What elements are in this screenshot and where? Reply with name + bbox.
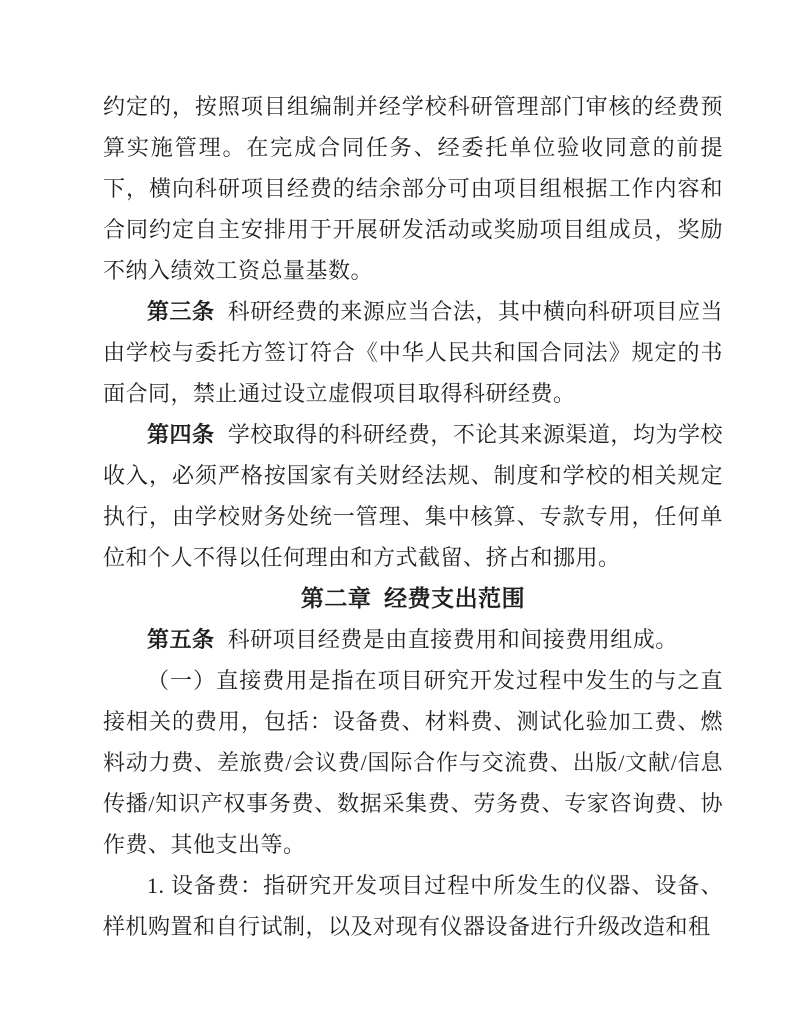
chapter-heading: 第二章经费支出范围 (103, 578, 723, 619)
article-label: 第四条 (147, 422, 215, 447)
article-label: 第五条 (147, 627, 215, 652)
paragraph-text: 约定的，按照项目组编制并经学校科研管理部门审核的经费预算实施管理。在完成合同任务… (103, 94, 723, 283)
document-page: 约定的，按照项目组编制并经学校科研管理部门审核的经费预算实施管理。在完成合同任务… (0, 0, 799, 1035)
paragraph-article-4: 第四条学校取得的科研经费，不论其来源渠道，均为学校收入，必须严格按国家有关财经法… (103, 414, 723, 578)
chapter-title: 经费支出范围 (384, 586, 525, 611)
paragraph-text: 1. 设备费：指研究开发项目过程中所发生的仪器、设备、样机购置和自行试制，以及对… (103, 873, 723, 939)
paragraph-article-3: 第三条科研经费的来源应当合法，其中横向科研项目应当由学校与委托方签订符合《中华人… (103, 291, 723, 414)
paragraph-text: （一）直接费用是指在项目研究开发过程中发生的与之直接相关的费用，包括：设备费、材… (103, 668, 723, 857)
paragraph-continuation: 约定的，按照项目组编制并经学校科研管理部门审核的经费预算实施管理。在完成合同任务… (103, 86, 723, 291)
paragraph-article-5: 第五条科研项目经费是由直接费用和间接费用组成。 (103, 619, 723, 660)
chapter-number: 第二章 (301, 586, 372, 611)
article-label: 第三条 (147, 299, 215, 324)
paragraph-text: 科研项目经费是由直接费用和间接费用组成。 (228, 627, 678, 652)
paragraph-direct-costs: （一）直接费用是指在项目研究开发过程中发生的与之直接相关的费用，包括：设备费、材… (103, 660, 723, 865)
paragraph-equipment-fee: 1. 设备费：指研究开发项目过程中所发生的仪器、设备、样机购置和自行试制，以及对… (103, 865, 723, 947)
